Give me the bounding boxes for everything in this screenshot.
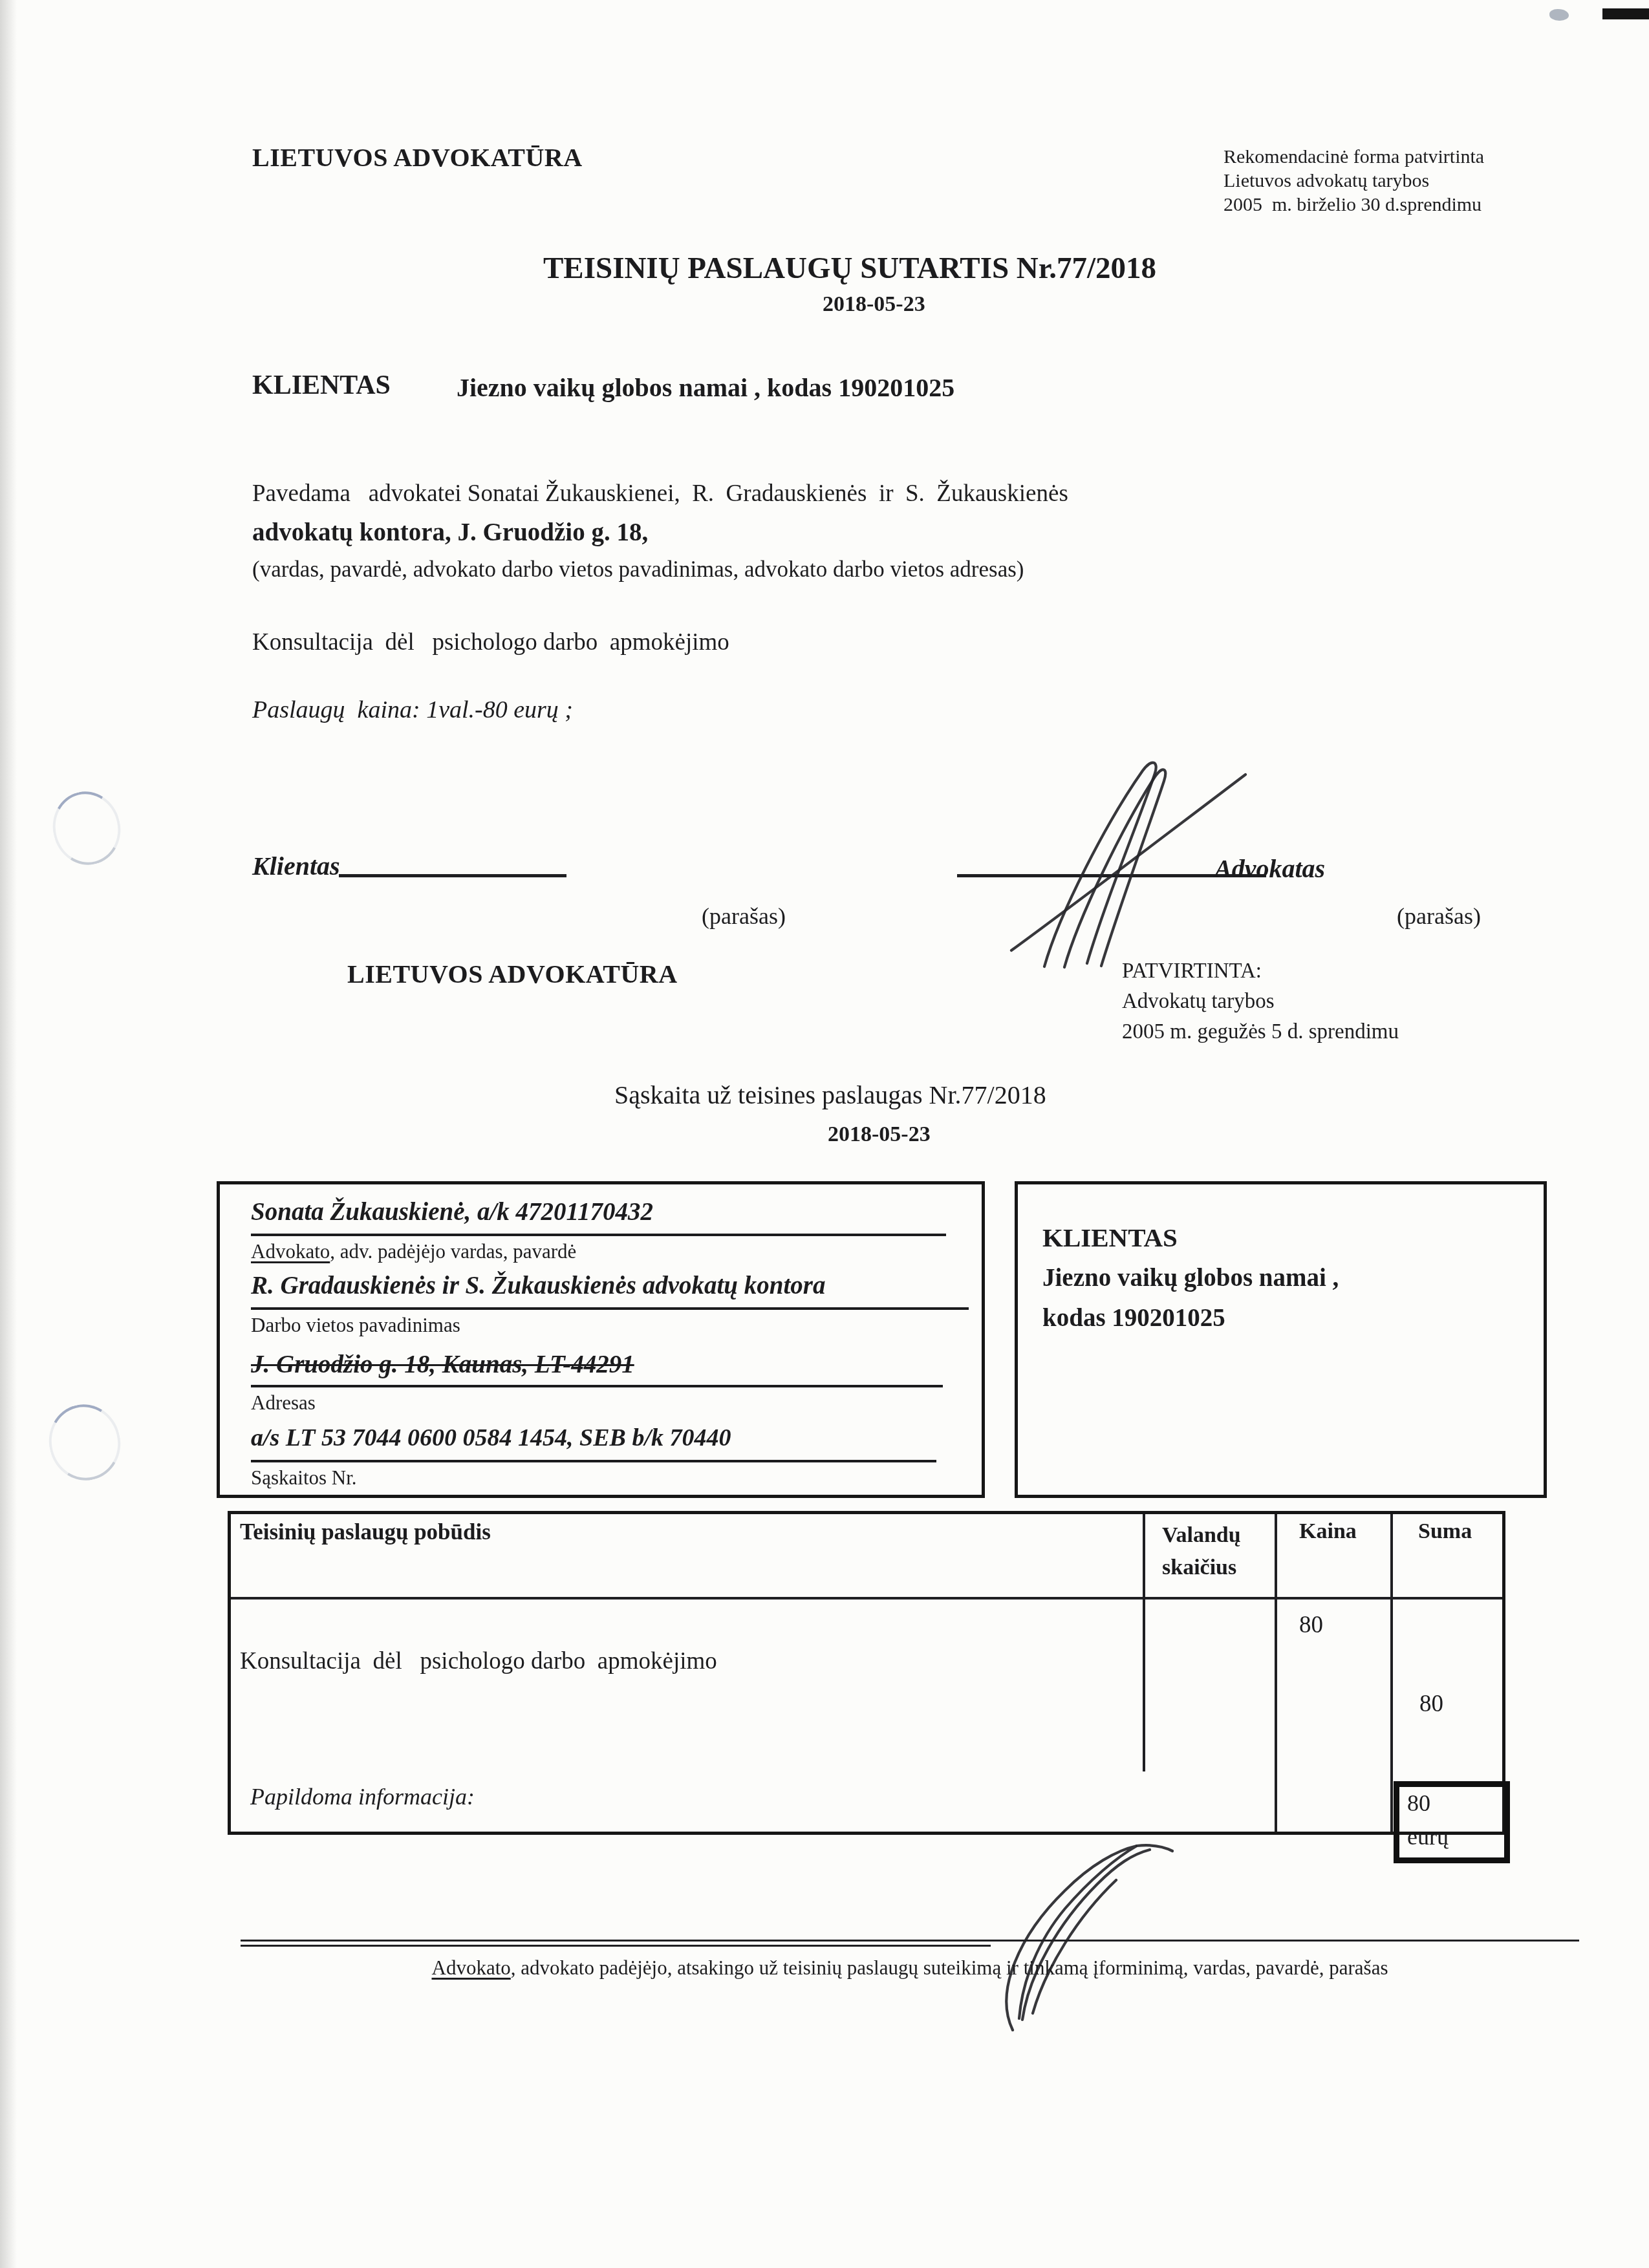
approval-note-line2: Lietuvos advokatų tarybos (1223, 169, 1484, 193)
advocate-office-underline (251, 1307, 969, 1310)
advocate-name-underline (251, 1234, 946, 1236)
total-unit: eurų (1407, 1823, 1449, 1850)
approval-note-line1: Rekomendacinė forma patvirtinta (1223, 145, 1484, 169)
punch-hole-bottom (41, 1396, 128, 1488)
advocate-name-label-rest: , adv. padėjėjo vardas, pavardė (330, 1240, 576, 1263)
assignment-line2: advokatų kontora, J. Gruodžio g. 18, (252, 518, 648, 547)
table-header-divider (231, 1597, 1502, 1599)
advocate-account-underline (251, 1460, 936, 1462)
footer-signature (896, 1844, 1174, 2031)
table-header-sum: Suma (1418, 1519, 1472, 1544)
advocate-address-value: J. Gruodžio g. 18, Kaunas, LT-44291 (251, 1350, 634, 1379)
org-name-header: LIETUVOS ADVOKATŪRA (252, 142, 583, 173)
client-signature-label: Klientas (252, 851, 340, 881)
patvirtinta-block: PATVIRTINTA: Advokatų tarybos 2005 m. ge… (1122, 956, 1399, 1047)
scanned-contract-page: LIETUVOS ADVOKATŪRA Rekomendacinė forma … (0, 0, 1649, 2268)
services-table: Teisinių paslaugų pobūdis Valandų skaiči… (228, 1511, 1505, 1835)
invoice-date: 2018-05-23 (828, 1122, 931, 1147)
total-value: 80 (1407, 1790, 1430, 1817)
invoice-client-line1: Jiezno vaikų globos namai , (1042, 1263, 1339, 1292)
table-header-hours-line2: skaičius (1162, 1552, 1241, 1584)
table-header-hours: Valandų skaičius (1162, 1519, 1241, 1584)
patvirtinta-line2: Advokatų tarybos (1122, 987, 1399, 1017)
contract-title: TEISINIŲ PASLAUGŲ SUTARTIS Nr.77/2018 (543, 251, 1156, 286)
assignment-note: (vardas, pavardė, advokato darbo vietos … (252, 557, 1024, 583)
scan-corner-mark (1602, 8, 1649, 19)
footer-caption-rest: , advokato padėjėjo, atsakingo už teisin… (511, 1956, 1388, 1979)
punch-hole-top (45, 784, 128, 872)
table-col4-divider (1390, 1514, 1393, 1832)
table-row-sum: 80 (1419, 1690, 1443, 1718)
approval-note-line3: 2005 m. birželio 30 d.sprendimu (1223, 193, 1484, 217)
total-box: 80 eurų (1394, 1781, 1510, 1863)
table-row-price: 80 (1299, 1611, 1323, 1639)
advocate-parasas-caption: (parašas) (1397, 903, 1481, 930)
advocate-office-value: R. Gradauskienės ir S. Žukauskienės advo… (251, 1271, 826, 1300)
table-extra-info-label: Papildoma informacija: (250, 1783, 475, 1810)
table-row-description: Konsultacija dėl psichologo darbo apmokė… (240, 1647, 717, 1675)
invoice-client-line2: kodas 190201025 (1042, 1303, 1225, 1332)
advocate-address-underline (251, 1385, 943, 1387)
footer-rule-2 (241, 1945, 991, 1947)
approval-note: Rekomendacinė forma patvirtinta Lietuvos… (1223, 145, 1484, 217)
invoice-client-box: KLIENTAS Jiezno vaikų globos namai , kod… (1015, 1181, 1547, 1498)
advocate-name-value: Sonata Žukauskienė, a/k 47201170432 (251, 1197, 653, 1226)
price-line: Paslaugų kaina: 1val.-80 eurų ; (252, 696, 573, 724)
advocate-office-label: Darbo vietos pavadinimas (251, 1314, 460, 1337)
footer-rule (241, 1940, 1579, 1942)
table-header-price: Kaina (1299, 1519, 1357, 1544)
service-description: Konsultacija dėl psichologo darbo apmokė… (252, 628, 729, 656)
table-header-hours-line1: Valandų (1162, 1519, 1241, 1552)
footer-caption-underlined: Advokato (432, 1956, 511, 1979)
table-header-service: Teisinių paslaugų pobūdis (240, 1519, 491, 1545)
patvirtinta-line3: 2005 m. gegužės 5 d. sprendimu (1122, 1017, 1399, 1047)
invoice-client-label: KLIENTAS (1042, 1222, 1178, 1253)
scan-smudge (1549, 9, 1569, 21)
contract-date: 2018-05-23 (823, 292, 925, 317)
advocate-signature (1009, 756, 1248, 970)
patvirtinta-label: PATVIRTINTA: (1122, 956, 1399, 987)
assignment-line1: Pavedama advokatei Sonatai Žukauskienei,… (252, 480, 1068, 508)
table-col2-divider (1143, 1514, 1145, 1771)
client-parasas-caption: (parašas) (702, 903, 786, 930)
advocate-address-label: Adresas (251, 1391, 316, 1415)
client-value: Jiezno vaikų globos namai , kodas 190201… (457, 372, 954, 403)
advocate-name-label-underlined: Advokato (251, 1240, 330, 1263)
advocate-name-label: Advokato, adv. padėjėjo vardas, pavardė (251, 1240, 576, 1263)
client-label: KLIENTAS (252, 370, 391, 401)
client-signature-line (339, 874, 566, 877)
footer-caption: Advokato, advokato padėjėjo, atsakingo u… (241, 1956, 1579, 1980)
advocate-account-label: Sąskaitos Nr. (251, 1466, 357, 1490)
table-col3-divider (1275, 1514, 1277, 1832)
org-confirm-title: LIETUVOS ADVOKATŪRA (347, 959, 678, 989)
advocate-account-value: a/s LT 53 7044 0600 0584 1454, SEB b/k 7… (251, 1424, 731, 1452)
scan-edge-shade (0, 0, 17, 2268)
invoice-title: Sąskaita už teisines paslaugas Nr.77/201… (614, 1080, 1046, 1110)
advocate-info-box: Sonata Žukauskienė, a/k 47201170432 Advo… (217, 1181, 985, 1498)
